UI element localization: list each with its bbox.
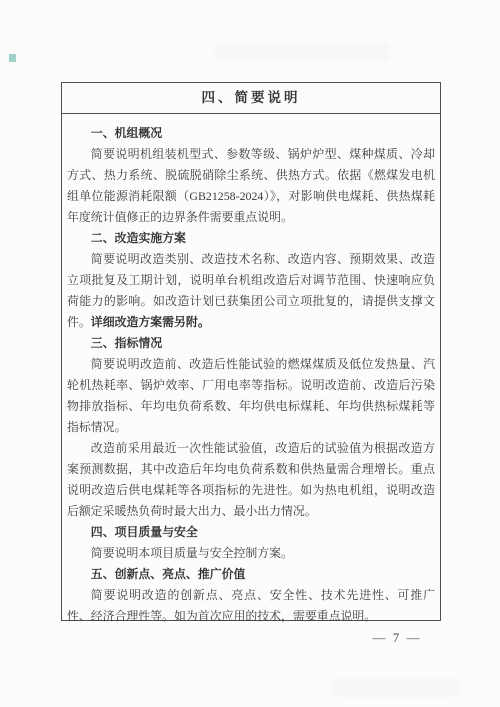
section-heading: 二、改造实施方案 bbox=[67, 228, 435, 249]
section-paragraph: 简要说明改造前、改造后性能试验的燃煤煤质及低位发热量、汽轮机热耗率、锅炉效率、厂… bbox=[67, 354, 435, 438]
section-paragraph: 简要说明机组装机型式、参数等级、锅炉炉型、煤种煤质、冷却方式、热力系统、脱硫脱硝… bbox=[67, 144, 435, 228]
scan-artifact bbox=[215, 42, 390, 62]
section-heading: 三、指标情况 bbox=[67, 333, 435, 354]
form-box: 四、简要说明 一、机组概况简要说明机组装机型式、参数等级、锅炉炉型、煤种煤质、冷… bbox=[61, 82, 441, 621]
section-heading: 五、创新点、亮点、推广价值 bbox=[67, 564, 435, 585]
scan-artifact bbox=[330, 678, 460, 696]
section-paragraph: 简要说明改造的创新点、亮点、安全性、技术先进性、可推广性、经济合理性等。如为首次… bbox=[67, 585, 435, 627]
page-number: — 7 — bbox=[352, 630, 442, 646]
section-heading: 一、机组概况 bbox=[67, 123, 435, 144]
paragraph-text: 改造前采用最近一次性能试验值，改造后的试验值为根据改造方案预测数据，其中改造后年… bbox=[67, 441, 435, 518]
scan-artifact-teal bbox=[9, 54, 16, 62]
bold-note: 详细改造方案需另附。 bbox=[91, 315, 210, 329]
section-paragraph: 简要说明改造类别、改造技术名称、改造内容、预期效果、改造立项批复及工期计划，说明… bbox=[67, 249, 435, 333]
document-page: 四、简要说明 一、机组概况简要说明机组装机型式、参数等级、锅炉炉型、煤种煤质、冷… bbox=[0, 0, 500, 707]
paragraph-text: 简要说明改造前、改造后性能试验的燃煤煤质及低位发热量、汽轮机热耗率、锅炉效率、厂… bbox=[67, 357, 435, 434]
form-title: 四、简要说明 bbox=[62, 83, 440, 114]
paragraph-text: 简要说明改造的创新点、亮点、安全性、技术先进性、可推广性、经济合理性等。如为首次… bbox=[67, 588, 435, 623]
section-paragraph: 改造前采用最近一次性能试验值，改造后的试验值为根据改造方案预测数据，其中改造后年… bbox=[67, 438, 435, 522]
paragraph-text: 简要说明本项目质量与安全控制方案。 bbox=[91, 546, 293, 560]
section-paragraph: 简要说明本项目质量与安全控制方案。 bbox=[67, 543, 435, 564]
paragraph-text: 简要说明机组装机型式、参数等级、锅炉炉型、煤种煤质、冷却方式、热力系统、脱硫脱硝… bbox=[67, 147, 435, 224]
form-body: 一、机组概况简要说明机组装机型式、参数等级、锅炉炉型、煤种煤质、冷却方式、热力系… bbox=[62, 114, 440, 627]
section-heading: 四、项目质量与安全 bbox=[67, 522, 435, 543]
